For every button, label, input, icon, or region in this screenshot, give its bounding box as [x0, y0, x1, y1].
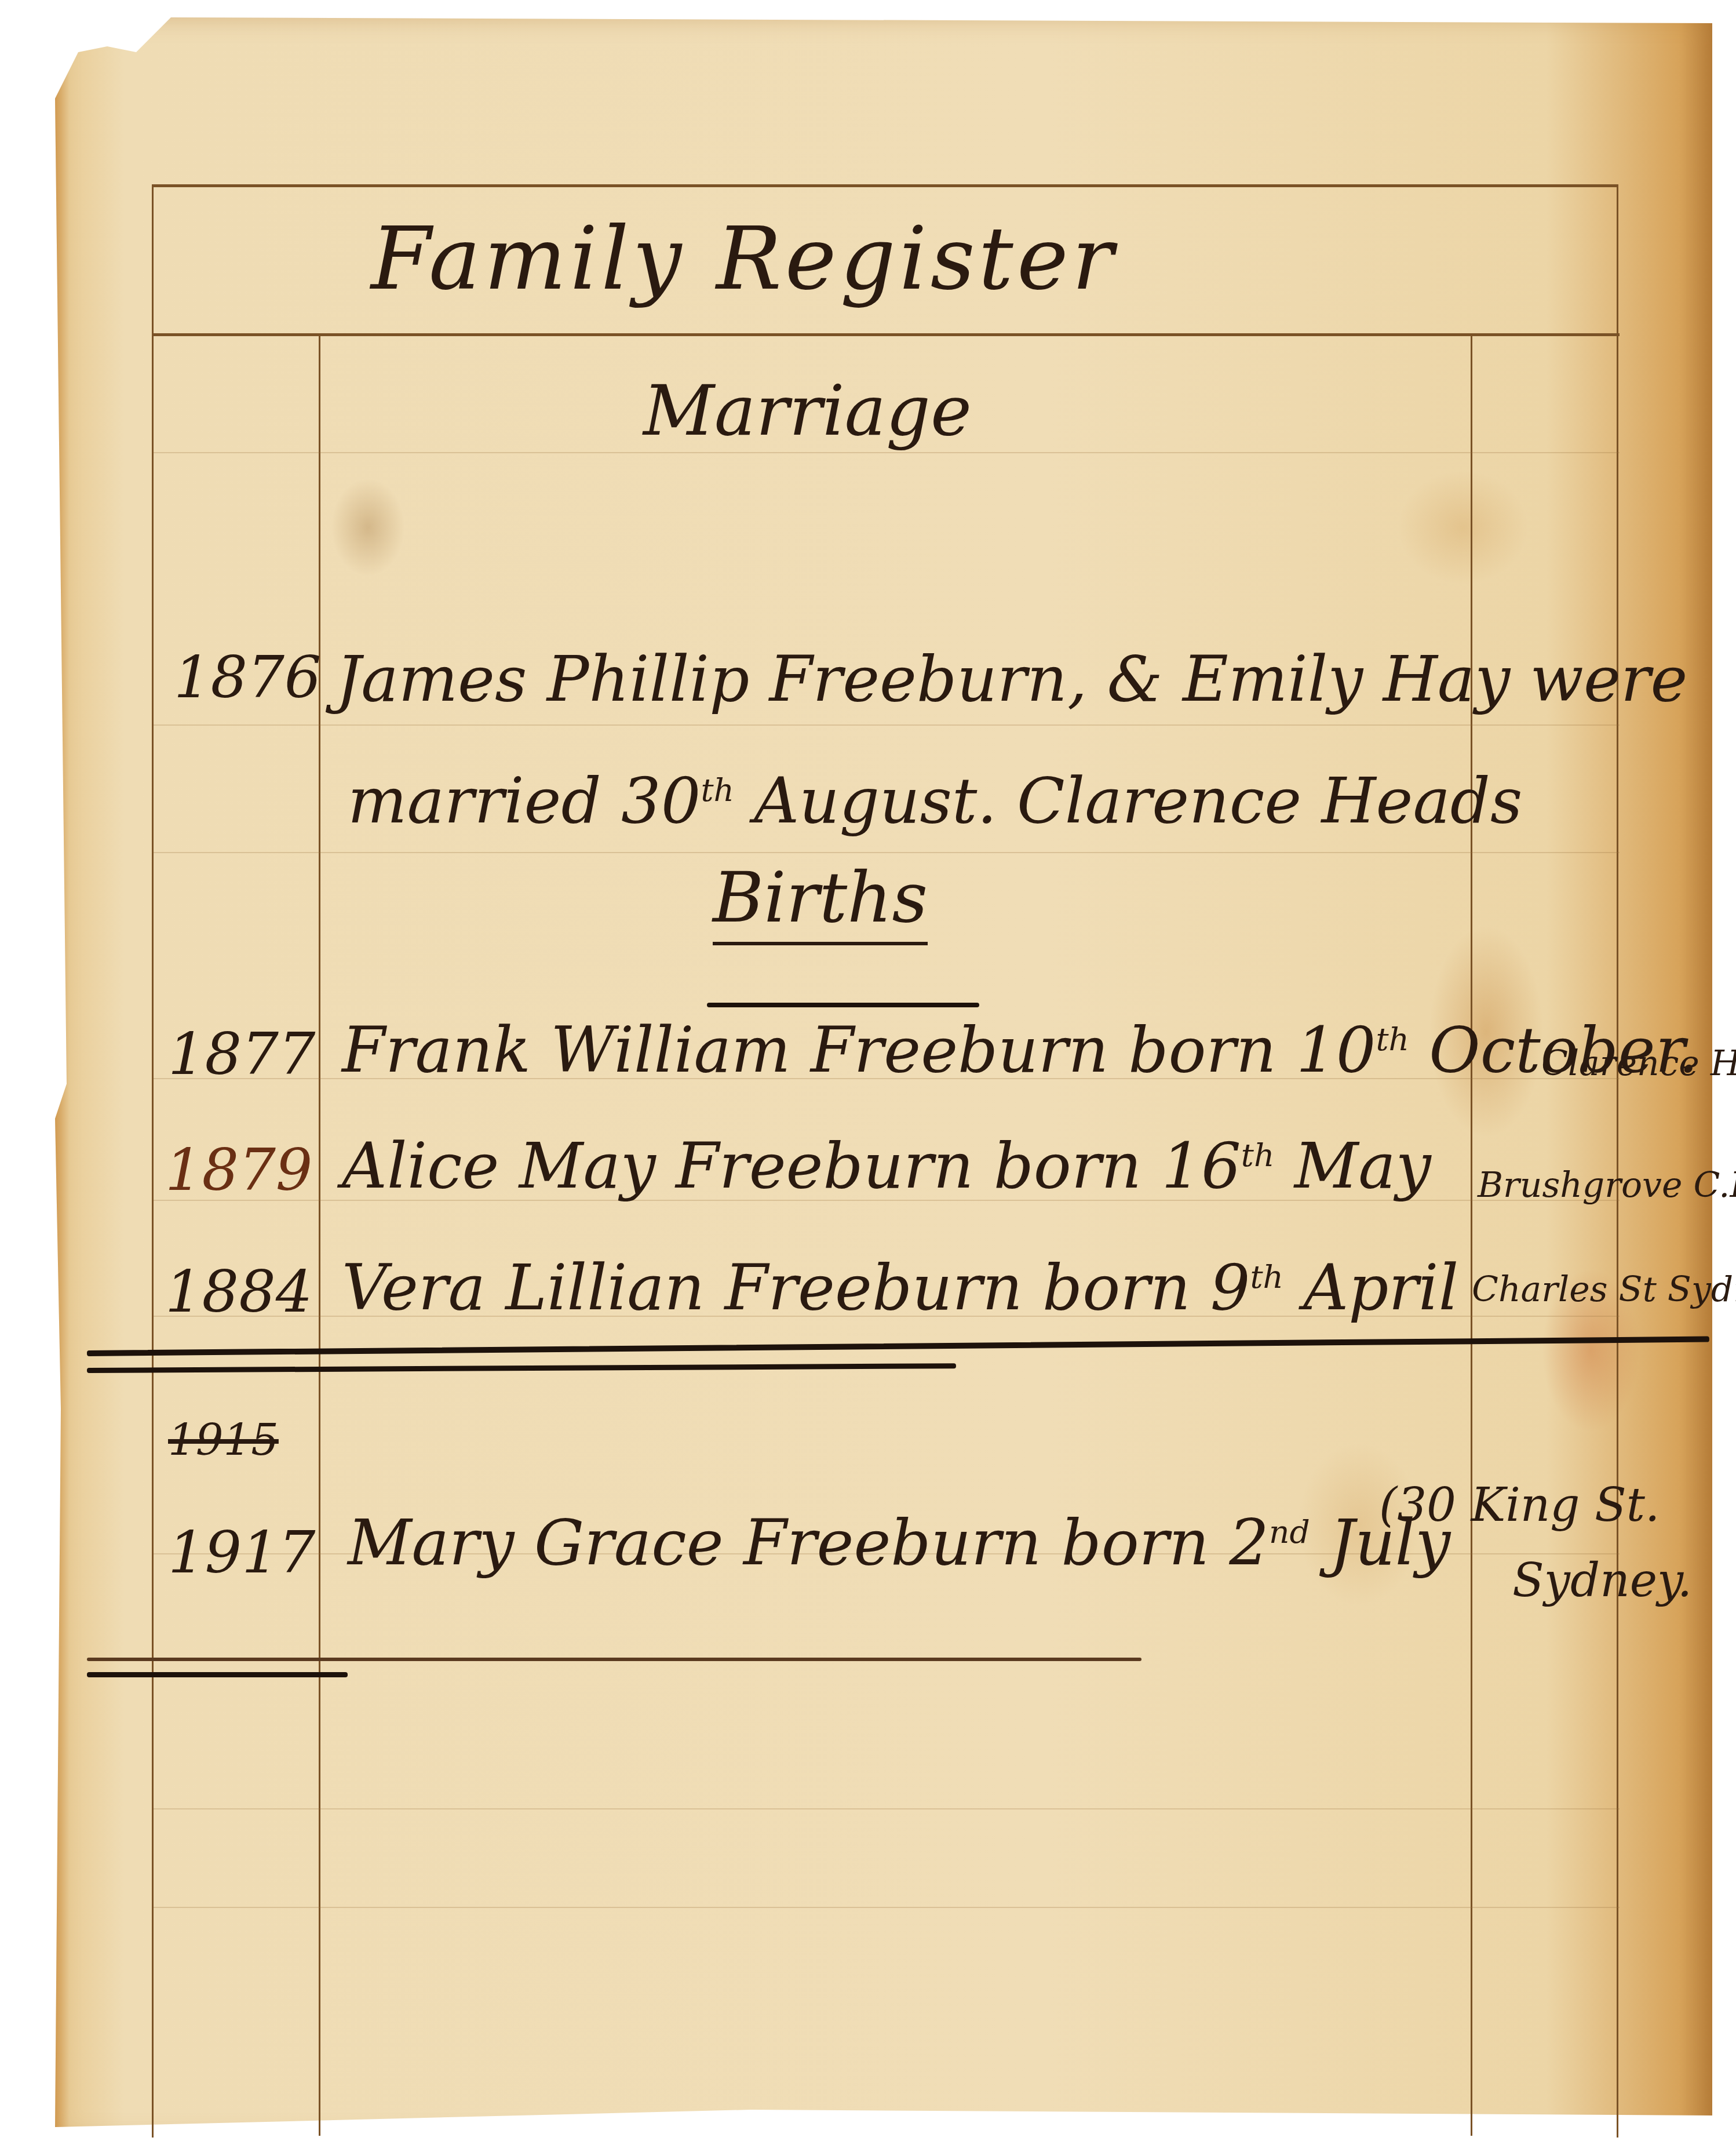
birth-year-2: 1879 [165, 1136, 313, 1204]
faint-line [154, 1808, 1620, 1809]
birth-year-1: 1877 [168, 1020, 316, 1088]
birth-entry-1: Frank William Freeburn born 10th October… [342, 1014, 1698, 1087]
later-birth-entry: Mary Grace Freeburn born 2nd July [348, 1507, 1450, 1579]
faint-line [154, 852, 1620, 853]
faint-line [154, 452, 1620, 453]
frame-left-rule [152, 184, 154, 2138]
birth-place-1: Clarence Heads [1541, 1043, 1736, 1084]
faint-line [154, 724, 1620, 726]
marriage-year: 1876 [174, 643, 322, 711]
faint-line [154, 1907, 1620, 1908]
page-title: Family Register [371, 209, 1117, 309]
date-column-divider [319, 333, 320, 2136]
marriage-heading: Marriage [643, 371, 972, 451]
frame-right-rule [1617, 184, 1618, 2138]
later-birth-year: 1917 [168, 1519, 316, 1586]
birth-year-3: 1884 [165, 1258, 313, 1326]
marriage-line-2: married 30th August. Clarence Heads [348, 765, 1522, 838]
lower-separator-bottom [87, 1672, 348, 1677]
births-underline [707, 1003, 979, 1007]
birth-entry-2: Alice May Freeburn born 16th May [342, 1130, 1431, 1203]
birth-place-2: Brushgrove C.R. [1478, 1165, 1736, 1206]
later-birth-place-line2: Sydney. [1512, 1553, 1692, 1607]
frame-top-rule [152, 184, 1618, 187]
right-column-divider-1 [1471, 333, 1472, 2136]
later-birth-place-line1: (30 King St. [1379, 1478, 1660, 1532]
birth-place-3: Charles St Sydney [1472, 1269, 1736, 1310]
struck-year: 1915 [168, 1414, 279, 1465]
births-heading: Births [713, 858, 928, 938]
marriage-line-1: James Phillip Freeburn, & Emily Hay were [336, 643, 1688, 716]
frame-header-rule [154, 333, 1620, 336]
birth-entry-3: Vera Lillian Freeburn born 9th April [342, 1252, 1458, 1324]
lower-separator-top [87, 1658, 1141, 1661]
